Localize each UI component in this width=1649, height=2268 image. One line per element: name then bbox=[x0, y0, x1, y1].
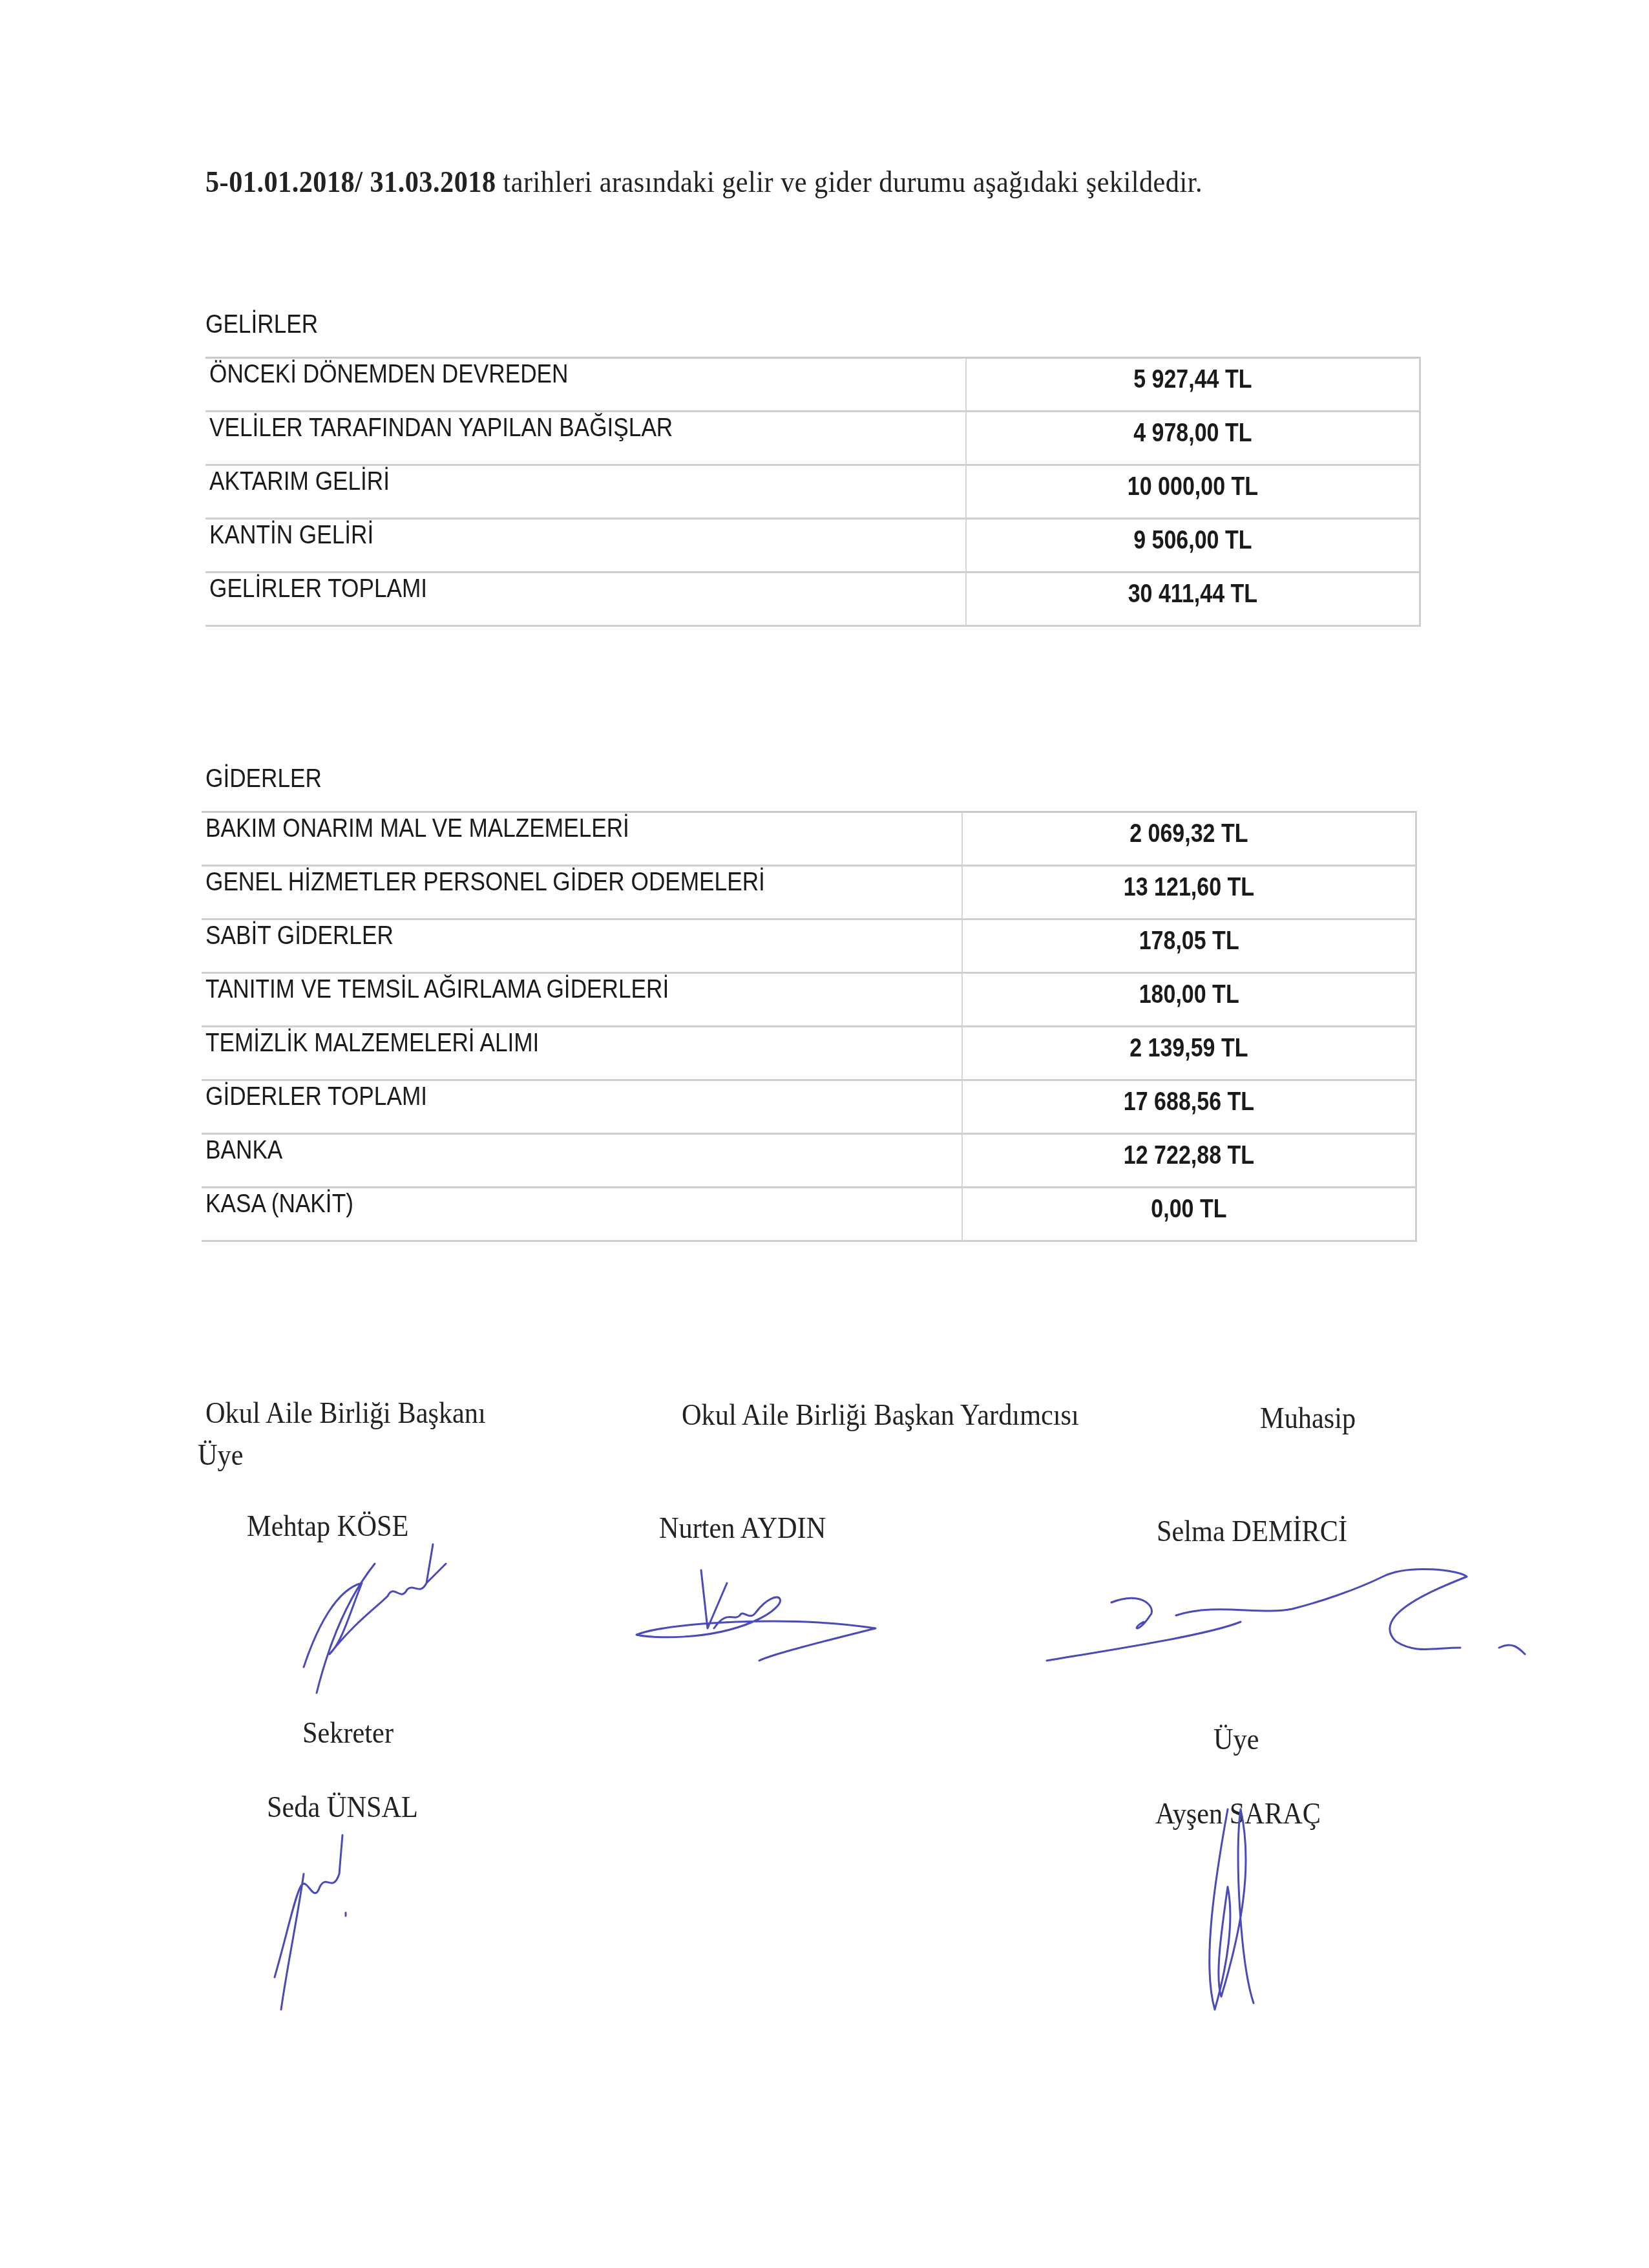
income-table: ÖNCEKİ DÖNEMDEN DEVREDEN5 927,44 TLVELİL… bbox=[205, 357, 1421, 627]
row-label-text: SABİT GİDERLER bbox=[205, 921, 394, 950]
expense-row-label: SABİT GİDERLER bbox=[202, 919, 962, 973]
income-row-value: 9 506,00 TL bbox=[966, 519, 1420, 572]
income-row-label: AKTARIM GELİRİ bbox=[205, 465, 966, 519]
income-row-value: 30 411,44 TL bbox=[966, 572, 1420, 626]
row-amount-text: 178,05 TL bbox=[1139, 927, 1239, 956]
row-amount-text: 12 722,88 TL bbox=[1124, 1141, 1254, 1170]
expense-row: GENEL HİZMETLER PERSONEL GİDER ODEMELERİ… bbox=[202, 866, 1416, 919]
role-accountant: Muhasip bbox=[1260, 1401, 1356, 1435]
expense-row: TANITIM VE TEMSİL AĞIRLAMA GİDERLERİ180,… bbox=[202, 973, 1416, 1027]
intro-text: tarihleri arasındaki gelir ve gider duru… bbox=[496, 165, 1203, 198]
role-president: Okul Aile Birliği Başkanı bbox=[205, 1396, 486, 1430]
expense-row-value: 2 139,59 TL bbox=[962, 1027, 1416, 1080]
row-amount-text: 0,00 TL bbox=[1151, 1195, 1226, 1224]
row-label-text: AKTARIM GELİRİ bbox=[209, 467, 390, 496]
name-president: Mehtap KÖSE bbox=[247, 1509, 408, 1543]
expense-row-label: GENEL HİZMETLER PERSONEL GİDER ODEMELERİ bbox=[202, 866, 962, 919]
income-row-label: KANTİN GELİRİ bbox=[205, 519, 966, 572]
expense-row-value: 12 722,88 TL bbox=[962, 1134, 1416, 1188]
row-amount-text: 17 688,56 TL bbox=[1124, 1087, 1254, 1117]
income-row: VELİLER TARAFINDAN YAPILAN BAĞIŞLAR4 978… bbox=[205, 412, 1420, 465]
expense-row-value: 2 069,32 TL bbox=[962, 812, 1416, 866]
role-secretary: Sekreter bbox=[302, 1716, 394, 1750]
row-amount-text: 4 978,00 TL bbox=[1133, 419, 1252, 448]
row-label-text: KANTİN GELİRİ bbox=[209, 521, 373, 550]
expense-row-value: 17 688,56 TL bbox=[962, 1080, 1416, 1134]
signature-accountant-icon bbox=[1047, 1551, 1538, 1680]
row-amount-text: 180,00 TL bbox=[1139, 980, 1239, 1009]
row-label-text: BANKA bbox=[205, 1136, 282, 1165]
income-row-label: VELİLER TARAFINDAN YAPILAN BAĞIŞLAR bbox=[205, 412, 966, 465]
row-label-text: KASA (NAKİT) bbox=[205, 1190, 353, 1219]
income-row: KANTİN GELİRİ9 506,00 TL bbox=[205, 519, 1420, 572]
row-label-text: ÖNCEKİ DÖNEMDEN DEVREDEN bbox=[209, 360, 568, 389]
expense-row-value: 0,00 TL bbox=[962, 1188, 1416, 1241]
expense-row-value: 178,05 TL bbox=[962, 919, 1416, 973]
income-row-label: GELİRLER TOPLAMI bbox=[205, 572, 966, 626]
role-vice-president: Okul Aile Birliği Başkan Yardımcısı bbox=[682, 1398, 1079, 1432]
income-row: GELİRLER TOPLAMI30 411,44 TL bbox=[205, 572, 1420, 626]
expense-row-label: TEMİZLİK MALZEMELERİ ALIMI bbox=[202, 1027, 962, 1080]
row-amount-text: 5 927,44 TL bbox=[1133, 365, 1252, 394]
income-row-label: ÖNCEKİ DÖNEMDEN DEVREDEN bbox=[205, 358, 966, 412]
expense-row-label: KASA (NAKİT) bbox=[202, 1188, 962, 1241]
intro-sentence: 5-01.01.2018/ 31.03.2018 tarihleri arası… bbox=[205, 165, 1203, 199]
name-accountant: Selma DEMİRCİ bbox=[1157, 1514, 1347, 1548]
expense-row-value: 13 121,60 TL bbox=[962, 866, 1416, 919]
income-title: GELİRLER bbox=[205, 310, 318, 339]
row-label-text: VELİLER TARAFINDAN YAPILAN BAĞIŞLAR bbox=[209, 414, 673, 443]
row-amount-text: 13 121,60 TL bbox=[1124, 873, 1254, 902]
row-amount-text: 30 411,44 TL bbox=[1128, 580, 1257, 609]
expenses-table: BAKIM ONARIM MAL VE MALZEMELERİ2 069,32 … bbox=[202, 811, 1417, 1242]
signature-secretary-icon bbox=[262, 1835, 391, 2016]
expense-row: KASA (NAKİT)0,00 TL bbox=[202, 1188, 1416, 1241]
income-row-value: 10 000,00 TL bbox=[966, 465, 1420, 519]
role-member-1: Üye bbox=[198, 1438, 244, 1472]
row-amount-text: 10 000,00 TL bbox=[1128, 472, 1258, 501]
expenses-title: GİDERLER bbox=[205, 764, 322, 793]
signature-vice-president-icon bbox=[630, 1557, 927, 1686]
role-member-2: Üye bbox=[1213, 1722, 1259, 1756]
row-amount-text: 2 139,59 TL bbox=[1129, 1034, 1248, 1063]
row-label-text: GENEL HİZMETLER PERSONEL GİDER ODEMELERİ bbox=[205, 868, 765, 897]
name-vice-president: Nurten AYDIN bbox=[659, 1511, 826, 1545]
expense-row: GİDERLER TOPLAMI17 688,56 TL bbox=[202, 1080, 1416, 1134]
expense-row: BANKA12 722,88 TL bbox=[202, 1134, 1416, 1188]
row-label-text: TEMİZLİK MALZEMELERİ ALIMI bbox=[205, 1029, 539, 1058]
expense-row-label: BAKIM ONARIM MAL VE MALZEMELERİ bbox=[202, 812, 962, 866]
period-range: 5-01.01.2018/ 31.03.2018 bbox=[205, 165, 496, 198]
row-amount-text: 2 069,32 TL bbox=[1129, 819, 1248, 848]
signature-member-2-icon bbox=[1189, 1803, 1286, 2022]
expense-row-label: GİDERLER TOPLAMI bbox=[202, 1080, 962, 1134]
income-row-value: 5 927,44 TL bbox=[966, 358, 1420, 412]
row-label-text: TANITIM VE TEMSİL AĞIRLAMA GİDERLERİ bbox=[205, 975, 669, 1004]
expense-row: TEMİZLİK MALZEMELERİ ALIMI2 139,59 TL bbox=[202, 1027, 1416, 1080]
row-amount-text: 9 506,00 TL bbox=[1133, 526, 1252, 555]
row-label-text: GİDERLER TOPLAMI bbox=[205, 1082, 427, 1111]
name-secretary: Seda ÜNSAL bbox=[267, 1790, 418, 1824]
expense-row-label: BANKA bbox=[202, 1134, 962, 1188]
row-label-text: GELİRLER TOPLAMI bbox=[209, 574, 427, 604]
signature-president-icon bbox=[278, 1544, 472, 1712]
income-row-value: 4 978,00 TL bbox=[966, 412, 1420, 465]
expense-row: SABİT GİDERLER178,05 TL bbox=[202, 919, 1416, 973]
row-label-text: BAKIM ONARIM MAL VE MALZEMELERİ bbox=[205, 814, 629, 843]
expense-row-value: 180,00 TL bbox=[962, 973, 1416, 1027]
expense-row-label: TANITIM VE TEMSİL AĞIRLAMA GİDERLERİ bbox=[202, 973, 962, 1027]
income-row: ÖNCEKİ DÖNEMDEN DEVREDEN5 927,44 TL bbox=[205, 358, 1420, 412]
income-row: AKTARIM GELİRİ10 000,00 TL bbox=[205, 465, 1420, 519]
expense-row: BAKIM ONARIM MAL VE MALZEMELERİ2 069,32 … bbox=[202, 812, 1416, 866]
